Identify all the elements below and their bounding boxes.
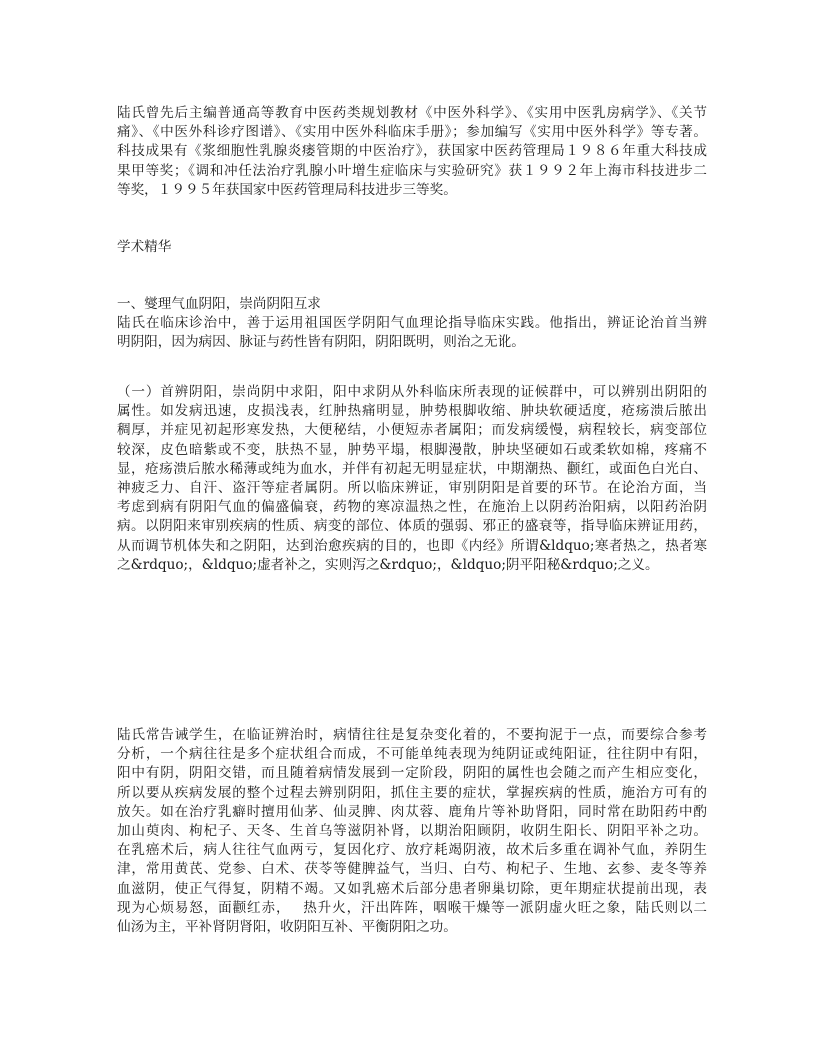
paragraph-line: 陆氏曾先后主编普通高等教育中医药类规划教材《中医外科学》、《实用中医乳房病学》、… xyxy=(117,104,707,123)
paragraph-line: 现为心烦易怒，面颧红赤， 热升火，汗出阵阵，咽喉干燥等一派阴虚火旺之象，陆氏则以… xyxy=(117,899,707,918)
paragraph-2: 陆氏在临床诊治中，善于运用祖国医学阴阳气血理论指导临床实践。他指出，辨证论治首当… xyxy=(117,314,707,352)
paragraph-line: 在乳癌术后，病人往往气血两亏，复因化疗、放疗耗竭阴液，故术后多重在调补气血，养阴… xyxy=(117,841,707,860)
paragraph-line: 放矢。如在治疗乳癖时擅用仙茅、仙灵脾、肉苁蓉、鹿角片等补助肾阳，同时常在助阳药中… xyxy=(117,803,707,822)
paragraph-line: 陆氏在临床诊治中，善于运用祖国医学阴阳气血理论指导临床实践。他指出，辨证论治首当… xyxy=(117,314,707,333)
subsection-heading-text: 一、燮理气血阴阳，崇尚阴阳互求 xyxy=(117,295,707,314)
section-title: 学术精华 xyxy=(117,238,707,257)
paragraph-line: 果甲等奖；《调和冲任法治疗乳腺小叶增生症临床与实验研究》获１９９２年上海市科技进… xyxy=(117,162,707,181)
paragraph-line: 血滋阴，使正气得复，阴精不竭。又如乳癌术后部分患者卵巢切除，更年期症状提前出现，… xyxy=(117,880,707,899)
paragraph-line: 属性。如发病迅速，皮损浅表，红肿热痛明显，肿势根脚收缩、肿块软硬适度，疮疡溃后脓… xyxy=(117,402,707,421)
paragraph-line: 神疲乏力、自汗、盗汗等症者属阴。所以临床辨证，审别阴阳是首要的环节。在论治方面，… xyxy=(117,479,707,498)
subsection-heading: 一、燮理气血阴阳，崇尚阴阳互求 xyxy=(117,295,707,314)
paragraph-line: 仙汤为主，平补肾阴肾阳，收阴阳互补、平衡阴阳之功。 xyxy=(117,918,707,937)
paragraph-line: 痛》、《中医外科诊疗图谱》、《实用中医外科临床手册》；参加编写《实用中医外科学》… xyxy=(117,123,707,142)
paragraph-line: 之&rdquo;，&ldquo;虚者补之，实则泻之&rdquo;，&ldquo;… xyxy=(117,556,707,575)
paragraph-line: 等奖，１９９５年获国家中医药管理局科技进步三等奖。 xyxy=(117,181,707,200)
paragraph-line: 陆氏常告诫学生，在临证辨治时，病情往往是复杂变化着的，不要拘泥于一点，而要综合参… xyxy=(117,726,707,745)
paragraph-line: 考虑到病有阴阳气血的偏盛偏衰，药物的寒凉温热之性，在施治上以阴药治阳病，以阳药治… xyxy=(117,498,707,517)
paragraph-line: 分析，一个病往往是多个症状组合而成，不可能单纯表现为纯阴证或纯阳证，往往阴中有阳… xyxy=(117,745,707,764)
paragraph-line: 显，疮疡溃后脓水稀薄或纯为血水，并伴有初起无明显症状，中期潮热、颧红，或面色白光… xyxy=(117,460,707,479)
paragraph-4: 陆氏常告诫学生，在临证辨治时，病情往往是复杂变化着的，不要拘泥于一点，而要综合参… xyxy=(117,726,707,937)
paragraph-line: 加山萸肉、枸杞子、天冬、生首乌等滋阴补肾，以期治阳顾阴，收阴生阳长、阴阳平补之功… xyxy=(117,822,707,841)
paragraph-line: 明阴阳，因为病因、脉证与药性皆有阴阳，阴阳既明，则治之无讹。 xyxy=(117,333,707,352)
paragraph-line: 稠厚，并症见初起形寒发热，大便秘结，小便短赤者属阳；而发病缓慢，病程较长，病变部… xyxy=(117,421,707,440)
paragraph-line: 阳中有阴，阴阳交错，而且随着病情发展到一定阶段，阴阳的属性也会随之而产生相应变化… xyxy=(117,764,707,783)
paragraph-line: 津，常用黄芪、党参、白术、茯苓等健脾益气，当归、白芍、枸杞子、生地、玄参、麦冬等… xyxy=(117,860,707,879)
paragraph-line: 病。以阴阳来审别疾病的性质、病变的部位、体质的强弱、邪正的盛衰等，指导临床辨证用… xyxy=(117,517,707,536)
section-title-text: 学术精华 xyxy=(117,238,707,257)
paragraph-line: 较深，皮色暗紫或不变，肤热不显，肿势平塌，根脚漫散，肿块坚硬如石或柔软如棉，疼痛… xyxy=(117,441,707,460)
document-page: 陆氏曾先后主编普通高等教育中医药类规划教材《中医外科学》、《实用中医乳房病学》、… xyxy=(0,0,816,1056)
paragraph-line: 从而调节机体失和之阴阳，达到治愈疾病的目的，也即《内经》所谓&ldquo;寒者热… xyxy=(117,537,707,556)
intro-paragraph: 陆氏曾先后主编普通高等教育中医药类规划教材《中医外科学》、《实用中医乳房病学》、… xyxy=(117,104,707,200)
paragraph-line: （一）首辨阴阳，崇尚阴中求阳，阳中求阴从外科临床所表现的证候群中，可以辨别出阴阳… xyxy=(117,383,707,402)
paragraph-line: 科技成果有《浆细胞性乳腺炎瘘管期的中医治疗》，获国家中医药管理局１９８６年重大科… xyxy=(117,142,707,161)
paragraph-3: （一）首辨阴阳，崇尚阴中求阳，阳中求阴从外科临床所表现的证候群中，可以辨别出阴阳… xyxy=(117,383,707,575)
paragraph-line: 所以要从疾病发展的整个过程去辨别阴阳，抓住主要的症状，掌握疾病的性质，施治方可有… xyxy=(117,784,707,803)
